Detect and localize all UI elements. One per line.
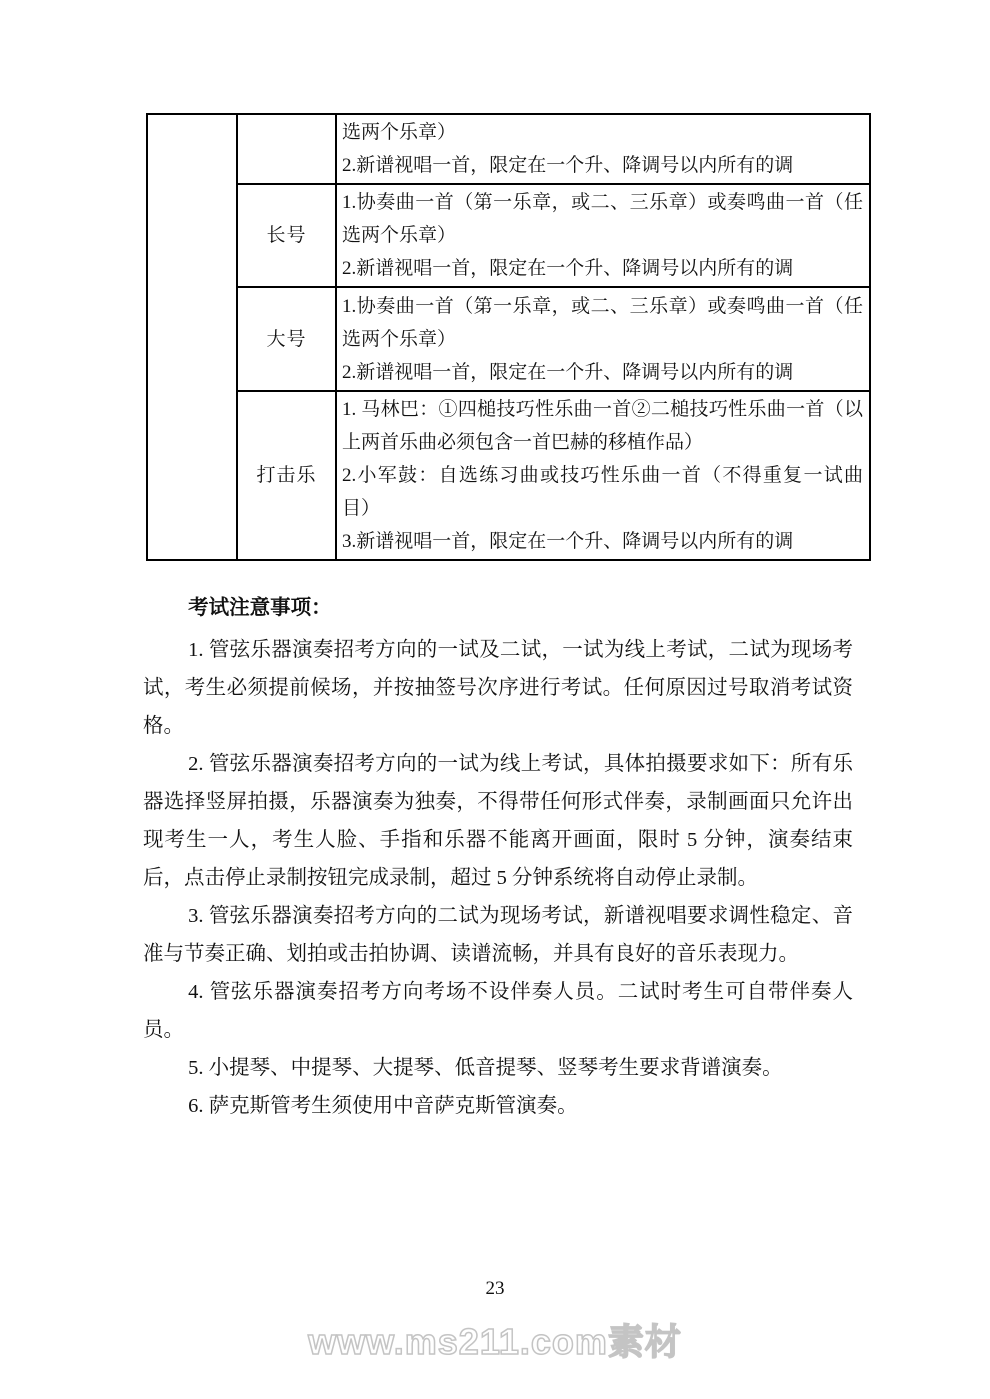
instrument-cell: 大号 [237, 287, 336, 391]
note-item: 2. 管弦乐器演奏招考方向的一试为线上考试，具体拍摄要求如下：所有乐器选择竖屏拍… [143, 745, 853, 897]
note-item: 6. 萨克斯管考生须使用中音萨克斯管演奏。 [143, 1087, 853, 1125]
note-item: 4. 管弦乐器演奏招考方向考场不设伴奏人员。二试时考生可自带伴奏人员。 [143, 973, 853, 1049]
note-item: 3. 管弦乐器演奏招考方向的二试为现场考试，新谱视唱要求调性稳定、音准与节奏正确… [143, 897, 853, 973]
notes-heading: 考试注意事项： [143, 589, 853, 627]
table-row: 大号 1.协奏曲一首（第一乐章，或二、三乐章）或奏鸣曲一首（任选两个乐章） 2.… [147, 287, 870, 391]
requirements-cell: 1.协奏曲一首（第一乐章，或二、三乐章）或奏鸣曲一首（任选两个乐章） 2.新谱视… [336, 287, 870, 391]
exam-requirements-table: 选两个乐章） 2.新谱视唱一首，限定在一个升、降调号以内所有的调 长号 1.协奏… [146, 113, 871, 561]
category-cell [147, 114, 237, 560]
note-item: 1. 管弦乐器演奏招考方向的一试及二试，一试为线上考试，二试为现场考试，考生必须… [143, 631, 853, 745]
requirements-cell: 选两个乐章） 2.新谱视唱一首，限定在一个升、降调号以内所有的调 [336, 114, 870, 184]
exam-notes-section: 考试注意事项： 1. 管弦乐器演奏招考方向的一试及二试，一试为线上考试，二试为现… [143, 589, 853, 1125]
note-item: 5. 小提琴、中提琴、大提琴、低音提琴、竖琴考生要求背谱演奏。 [143, 1049, 853, 1087]
requirements-cell: 1.协奏曲一首（第一乐章，或二、三乐章）或奏鸣曲一首（任选两个乐章） 2.新谱视… [336, 184, 870, 287]
requirements-cell: 1. 马林巴：①四槌技巧性乐曲一首②二槌技巧性乐曲一首（以上两首乐曲必须包含一首… [336, 391, 870, 560]
document-page: 选两个乐章） 2.新谱视唱一首，限定在一个升、降调号以内所有的调 长号 1.协奏… [0, 0, 990, 1399]
table-row: 选两个乐章） 2.新谱视唱一首，限定在一个升、降调号以内所有的调 [147, 114, 870, 184]
instrument-cell: 长号 [237, 184, 336, 287]
watermark-text: www.ms211.com素材 [0, 1314, 990, 1365]
instrument-cell [237, 114, 336, 184]
table-row: 打击乐 1. 马林巴：①四槌技巧性乐曲一首②二槌技巧性乐曲一首（以上两首乐曲必须… [147, 391, 870, 560]
table-row: 长号 1.协奏曲一首（第一乐章，或二、三乐章）或奏鸣曲一首（任选两个乐章） 2.… [147, 184, 870, 287]
page-number: 23 [0, 1278, 990, 1300]
instrument-cell: 打击乐 [237, 391, 336, 560]
